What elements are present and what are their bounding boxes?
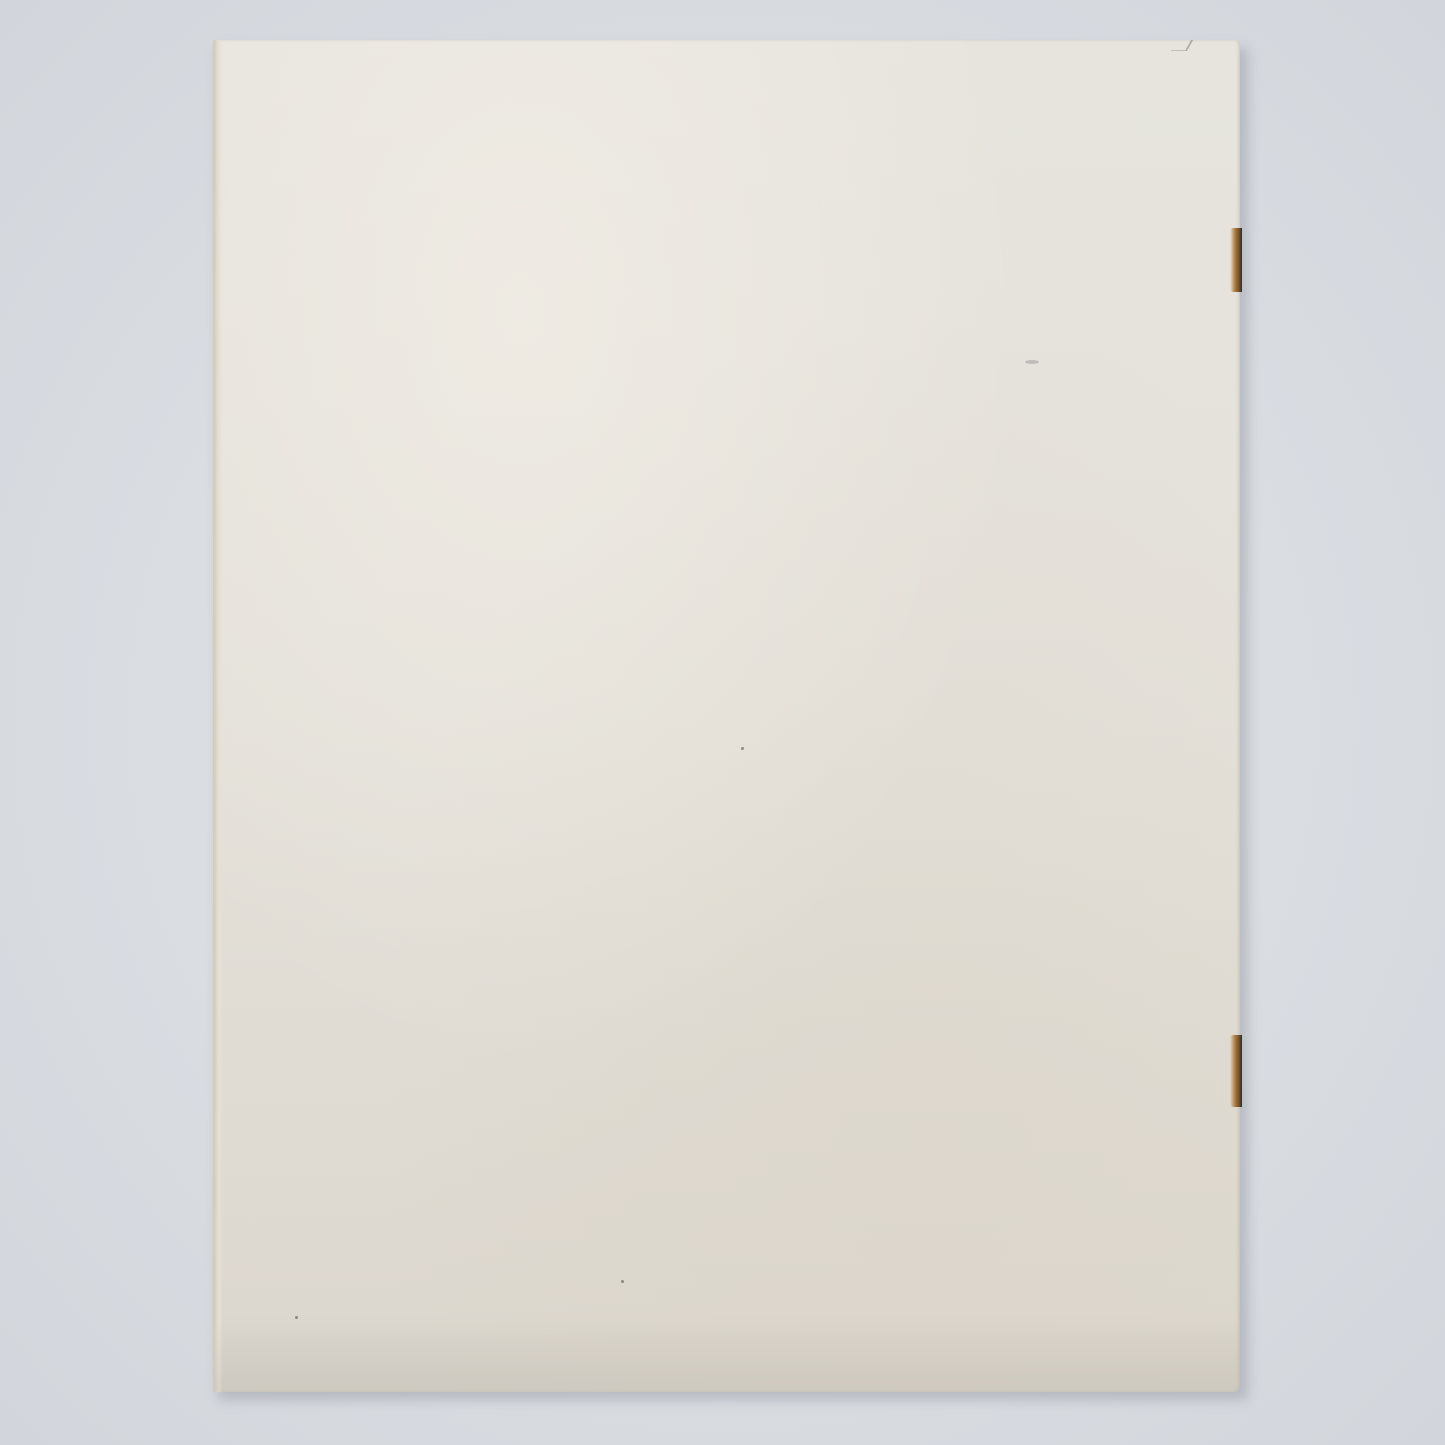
paper-speck [621,1280,624,1283]
bottom-edge-wear [213,1322,1240,1392]
paper-speck [295,1316,298,1319]
paper-speck [741,747,744,750]
rusted-staple-top [1230,228,1242,292]
booklet-back-cover [213,40,1240,1392]
corner-tear [1171,40,1193,51]
rusted-staple-bottom [1230,1035,1242,1107]
spine-edge [213,40,223,1392]
paper-smudge [1025,360,1039,364]
